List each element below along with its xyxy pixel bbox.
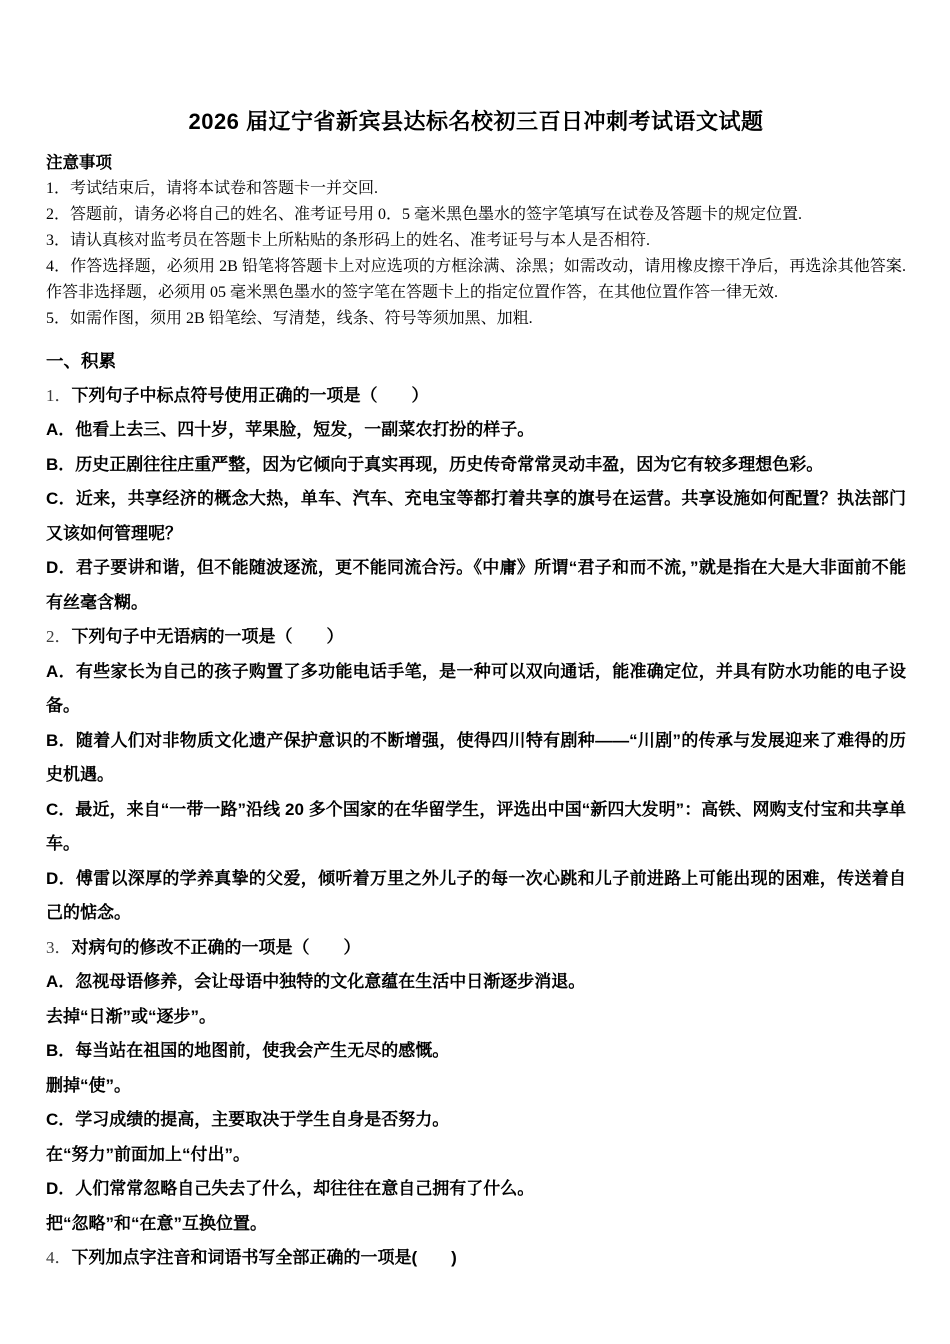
correction-line: 去掉“日渐”或“逐步”。 bbox=[46, 1000, 906, 1035]
question-stem-text: 下列加点字注音和词语书写全部正确的一项是( ) bbox=[72, 1248, 457, 1267]
question-paragraph: A．他看上去三、四十岁，苹果脸，短发，一副菜农打扮的样子。 bbox=[46, 413, 906, 448]
question-paragraph: D．傅雷以深厚的学养真挚的父爱，倾听着万里之外儿子的每一次心跳和儿子前进路上可能… bbox=[46, 862, 906, 931]
question-number: 3． bbox=[46, 938, 72, 957]
question-stem-text: 下列句子中标点符号使用正确的一项是（ ） bbox=[72, 386, 429, 405]
question-stem: 3．对病句的修改不正确的一项是（ ） bbox=[46, 931, 906, 966]
page-title: 2026 届辽宁省新宾县达标名校初三百日冲刺考试语文试题 bbox=[46, 106, 906, 138]
correction-line: 在“努力”前面加上“付出”。 bbox=[46, 1138, 906, 1173]
section-heading: 一、积累 bbox=[46, 344, 906, 379]
notice-item: 2．答题前，请务必将自己的姓名、准考证号用 0．5 毫米黑色墨水的签字笔填写在试… bbox=[46, 202, 906, 228]
notice-item: 1．考试结束后，请将本试卷和答题卡一并交回. bbox=[46, 176, 906, 202]
question-number: 4． bbox=[46, 1248, 72, 1267]
question-stem: 2．下列句子中无语病的一项是（ ） bbox=[46, 620, 906, 655]
question-paragraph: B．随着人们对非物质文化遗产保护意识的不断增强，使得四川特有剧种——“川剧”的传… bbox=[46, 724, 906, 793]
correction-line: 删掉“使”。 bbox=[46, 1069, 906, 1104]
notice-item: 4．作答选择题，必须用 2B 铅笔将答题卡上对应选项的方框涂满、涂黑；如需改动，… bbox=[46, 254, 906, 306]
question-stem-text: 对病句的修改不正确的一项是（ ） bbox=[72, 938, 361, 957]
notice-heading: 注意事项 bbox=[46, 150, 906, 176]
question-paragraph: C．近来，共享经济的概念大热，单车、汽车、充电宝等都打着共享的旗号在运营。共享设… bbox=[46, 482, 906, 551]
question-stem: 1．下列句子中标点符号使用正确的一项是（ ） bbox=[46, 379, 906, 414]
question-paragraph: B．历史正剧往往庄重严整，因为它倾向于真实再现，历史传奇常常灵动丰盈，因为它有较… bbox=[46, 448, 906, 483]
correction-line: 把“忽略”和“在意”互换位置。 bbox=[46, 1207, 906, 1242]
notice-section: 注意事项 1．考试结束后，请将本试卷和答题卡一并交回. 2．答题前，请务必将自己… bbox=[46, 150, 906, 332]
question-paragraph: C．学习成绩的提高，主要取决于学生自身是否努力。 bbox=[46, 1103, 906, 1138]
question-paragraph: A．有些家长为自己的孩子购置了多功能电话手笔，是一种可以双向通话，能准确定位，并… bbox=[46, 655, 906, 724]
notice-item: 5．如需作图，须用 2B 铅笔绘、写清楚，线条、符号等须加黑、加粗. bbox=[46, 306, 906, 332]
question-number: 2． bbox=[46, 627, 72, 646]
section-accumulation: 一、积累 1．下列句子中标点符号使用正确的一项是（ ） A．他看上去三、四十岁，… bbox=[46, 344, 906, 1276]
exam-page: 2026 届辽宁省新宾县达标名校初三百日冲刺考试语文试题 注意事项 1．考试结束… bbox=[0, 0, 950, 1344]
question-paragraph: D．君子要讲和谐，但不能随波逐流，更不能同流合污。《中庸》所谓“君子和而不流，”… bbox=[46, 551, 906, 620]
question-stem-text: 下列句子中无语病的一项是（ ） bbox=[72, 627, 344, 646]
question-paragraph: D．人们常常忽略自己失去了什么，却往往在意自己拥有了什么。 bbox=[46, 1172, 906, 1207]
question-stem: 4．下列加点字注音和词语书写全部正确的一项是( ) bbox=[46, 1241, 906, 1276]
question-paragraph: C．最近，来自“一带一路”沿线 20 多个国家的在华留学生，评选出中国“新四大发… bbox=[46, 793, 906, 862]
question-paragraph: A．忽视母语修养，会让母语中独特的文化意蕴在生活中日渐逐步消退。 bbox=[46, 965, 906, 1000]
question-number: 1． bbox=[46, 386, 72, 405]
notice-item: 3．请认真核对监考员在答题卡上所粘贴的条形码上的姓名、准考证号与本人是否相符. bbox=[46, 228, 906, 254]
question-paragraph: B．每当站在祖国的地图前，使我会产生无尽的感慨。 bbox=[46, 1034, 906, 1069]
